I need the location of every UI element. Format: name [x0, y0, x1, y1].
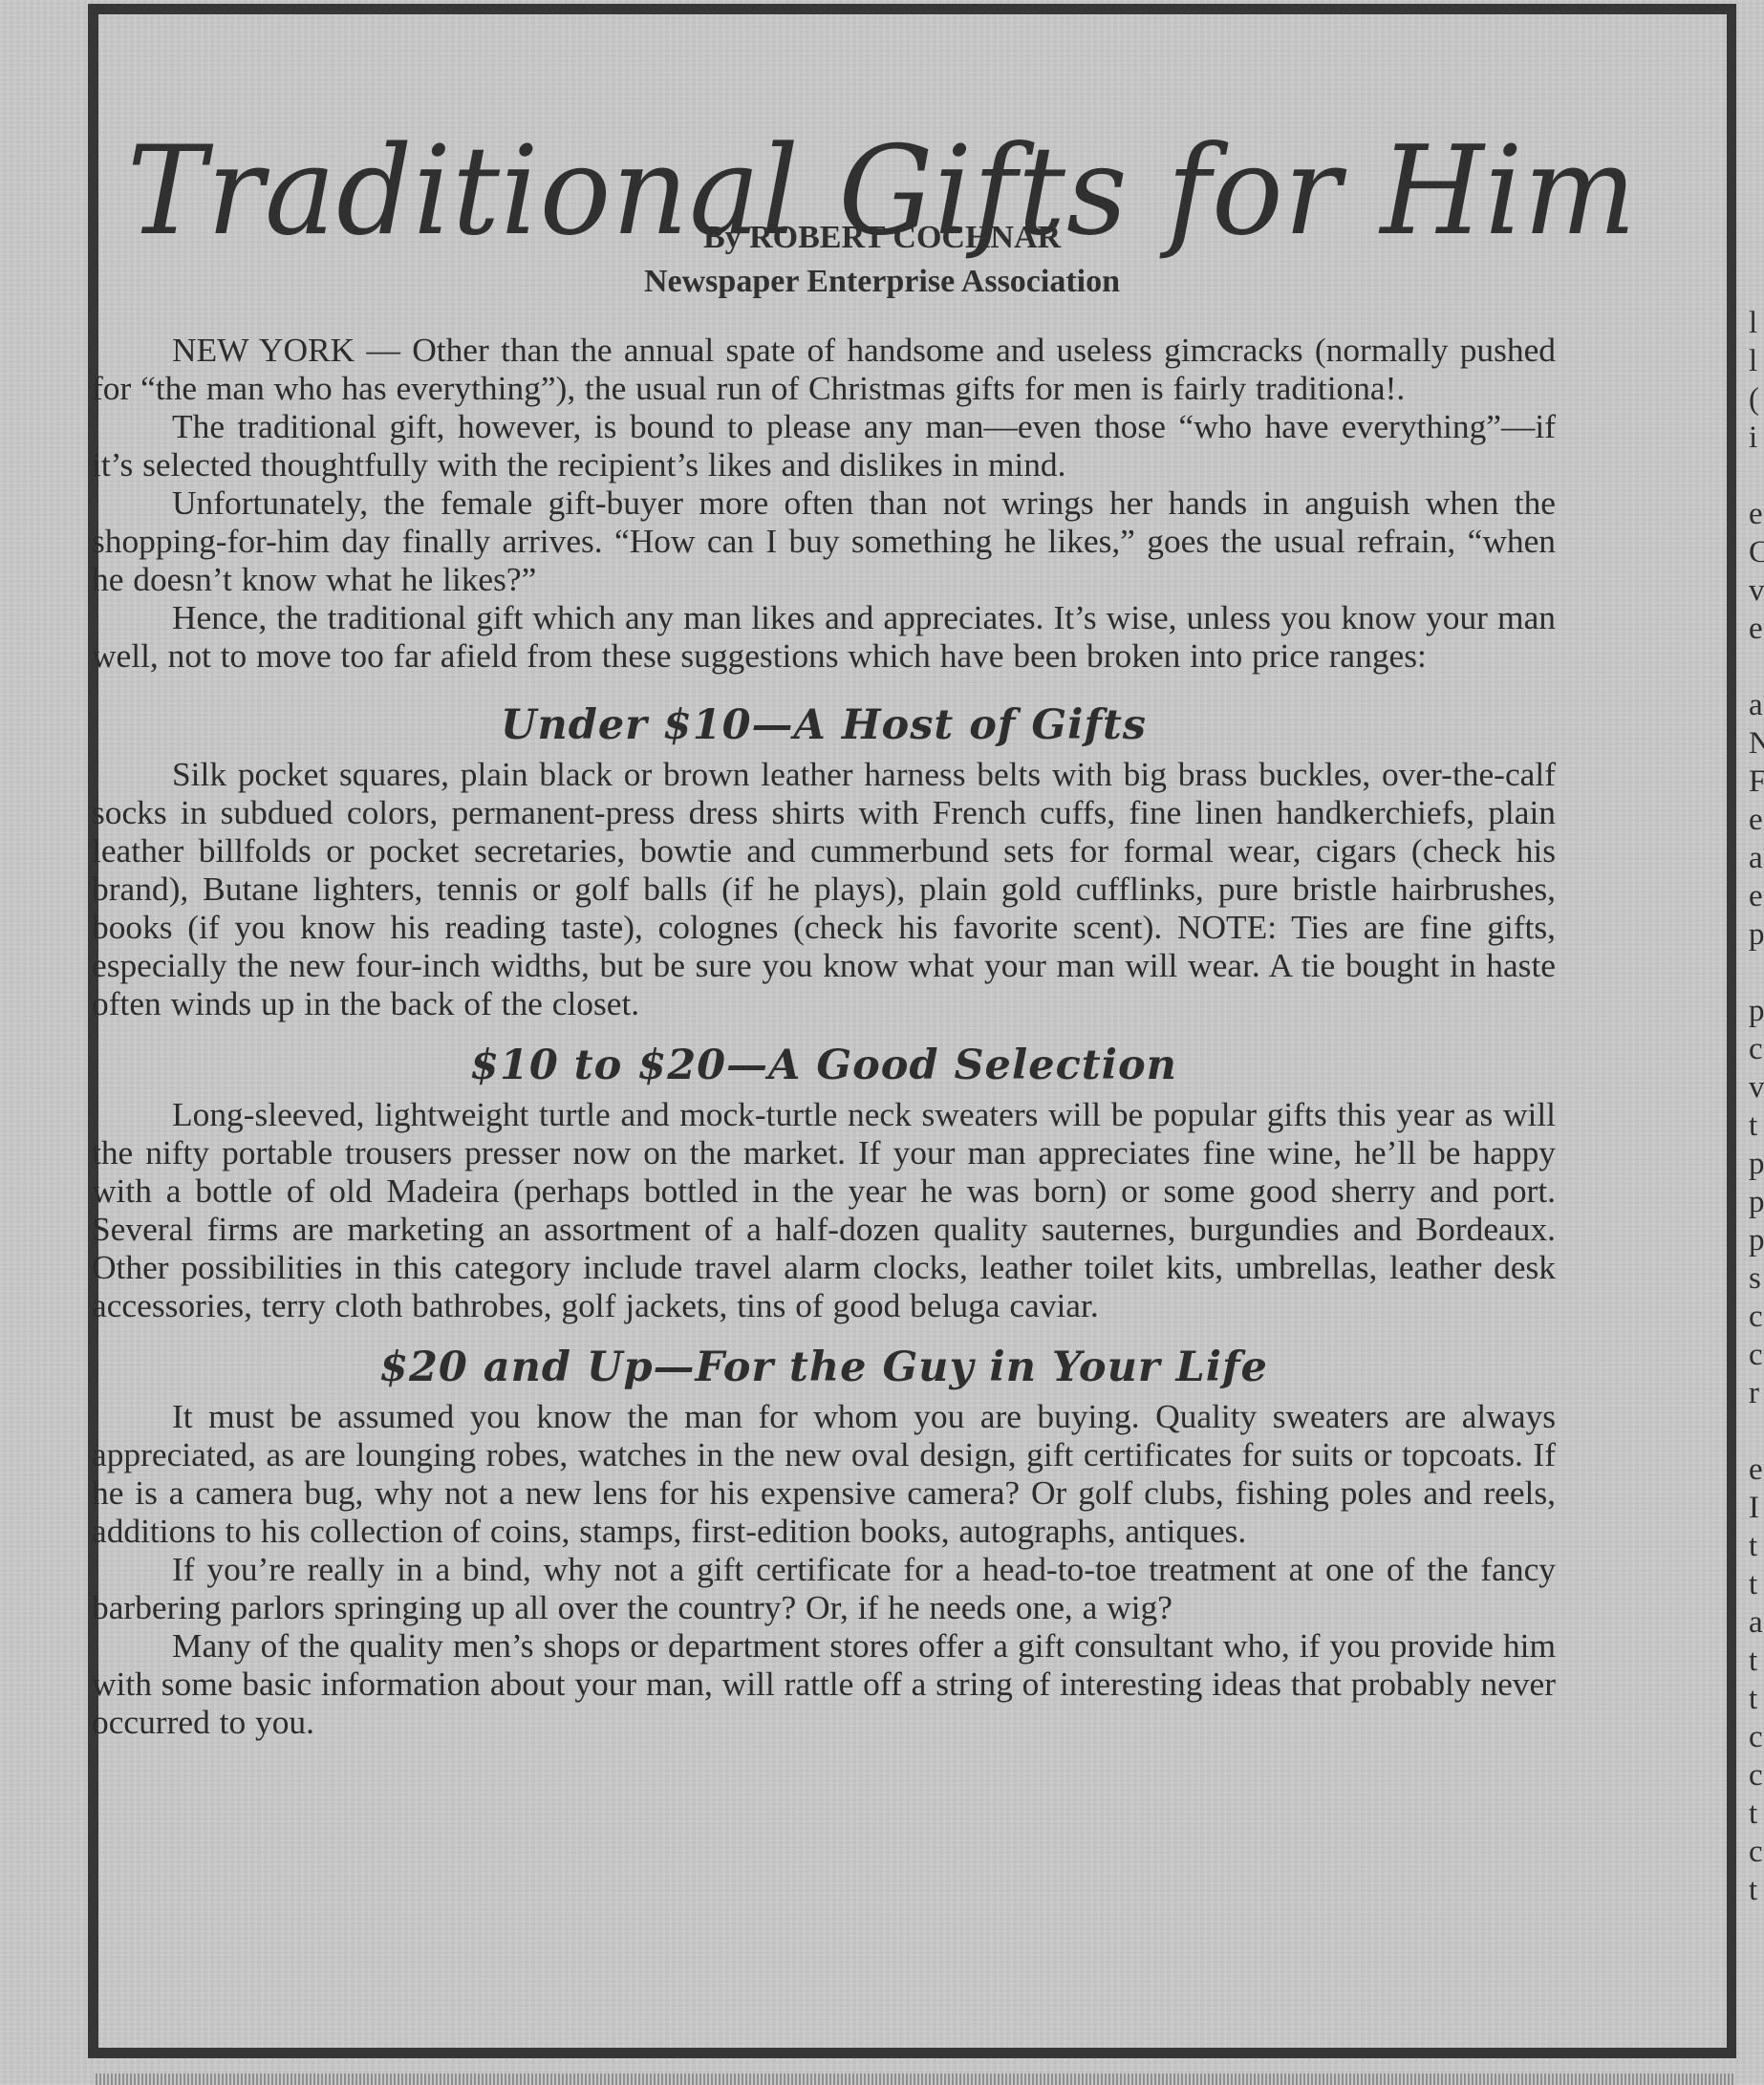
halftone-strip [96, 2074, 1735, 2085]
adjacent-column-letter: t [1749, 1642, 1757, 1680]
adjacent-column-letter: t [1749, 1871, 1757, 1909]
section-paragraph: If you’re really in a bind, why not a gi… [92, 1550, 1556, 1626]
adjacent-column-letter: c [1749, 1718, 1763, 1756]
adjacent-column-letter: I [1749, 1489, 1759, 1527]
adjacent-column-letter: N [1749, 724, 1764, 763]
adjacent-column-letter: c [1749, 1833, 1763, 1871]
adjacent-column-letter: l [1749, 304, 1757, 342]
adjacent-column-letter: s [1749, 1259, 1761, 1298]
adjacent-column-letter: c [1749, 1030, 1763, 1068]
intro-paragraph: The traditional gift, however, is bound … [92, 407, 1556, 484]
adjacent-column-letter: F [1749, 763, 1764, 801]
adjacent-column-letter: e [1749, 1451, 1763, 1489]
adjacent-column-letter: t [1749, 1107, 1757, 1145]
section-heading-20-and-up: $20 and Up—For the Guy in Your Life [92, 1338, 1556, 1397]
adjacent-column-letter: p [1749, 1183, 1764, 1221]
adjacent-column-letter: r [1749, 1374, 1759, 1412]
adjacent-column-letter: l [1749, 342, 1757, 380]
adjacent-column-letter: e [1749, 877, 1763, 915]
section-heading-under-10: Under $10—A Host of Gifts [92, 696, 1556, 755]
adjacent-column-fragment: ll(ieCveaNFeaeppcvtpppsccreIttattcctct [1747, 0, 1764, 2085]
adjacent-column-letter: t [1749, 1527, 1757, 1565]
section-paragraph: Many of the quality men’s shops or depar… [92, 1626, 1556, 1741]
adjacent-column-letter: p [1749, 1145, 1764, 1183]
intro-paragraph: NEW YORK — Other than the annual spate o… [92, 331, 1556, 407]
intro-paragraph: Unfortunately, the female gift-buyer mor… [92, 484, 1556, 598]
byline-organization: Newspaper Enterprise Association [0, 263, 1764, 301]
section-paragraph: Long-sleeved, lightweight turtle and moc… [92, 1095, 1556, 1324]
adjacent-column-letter: c [1749, 1336, 1763, 1374]
adjacent-column-letter: p [1749, 992, 1764, 1030]
adjacent-column-letter: e [1749, 495, 1763, 533]
section-paragraph: Silk pocket squares, plain black or brow… [92, 755, 1556, 1022]
section-paragraph: It must be assumed you know the man for … [92, 1397, 1556, 1550]
adjacent-column-letter: p [1749, 1221, 1764, 1259]
adjacent-column-letter: t [1749, 1680, 1757, 1718]
adjacent-column-letter: t [1749, 1795, 1757, 1833]
adjacent-column-letter: C [1749, 533, 1764, 571]
adjacent-column-letter: v [1749, 1068, 1764, 1107]
adjacent-column-letter: p [1749, 915, 1764, 954]
adjacent-column-letter: a [1749, 686, 1763, 724]
adjacent-column-letter: c [1749, 1298, 1763, 1336]
adjacent-column-letter: ( [1749, 380, 1759, 419]
adjacent-column-letter: c [1749, 1756, 1763, 1795]
adjacent-column-letter: a [1749, 839, 1763, 877]
adjacent-column-letter: a [1749, 1603, 1763, 1642]
adjacent-column-letter: e [1749, 801, 1763, 839]
byline-author: By ROBERT COCHNAR [0, 219, 1764, 257]
article-body: NEW YORK — Other than the annual spate o… [92, 331, 1556, 1741]
adjacent-column-letter: v [1749, 571, 1764, 610]
adjacent-column-letter: t [1749, 1565, 1757, 1603]
intro-paragraph: Hence, the traditional gift which any ma… [92, 598, 1556, 675]
adjacent-column-letter: i [1749, 419, 1757, 457]
section-heading-10-to-20: $10 to $20—A Good Selection [92, 1036, 1556, 1095]
adjacent-column-letter: e [1749, 610, 1763, 648]
